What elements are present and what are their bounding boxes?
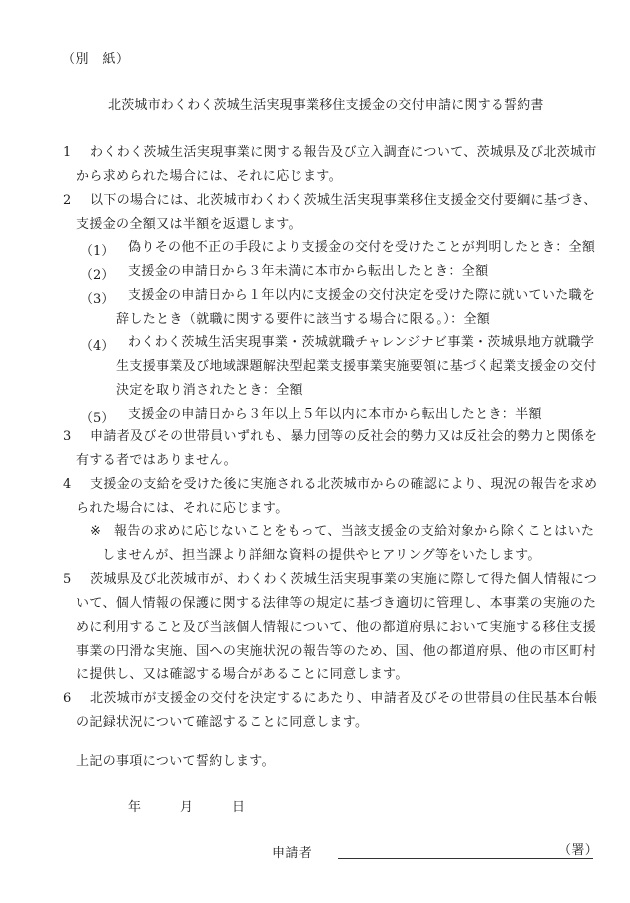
item-number: 1	[63, 145, 71, 160]
subitem-text-line: 辞したとき（就職に関する要件に該当する場合に限る。）：全額	[116, 312, 490, 328]
subitem-number: （1）	[80, 240, 114, 259]
item-text-line: られた場合には、それに応じます。	[76, 501, 289, 517]
subitem-text-line: 偽りその他不正の手段により支援金の交付を受けたことが判明したとき：全額	[128, 240, 595, 256]
day-label: 日	[232, 800, 245, 816]
applicant-label: 申請者	[272, 846, 312, 862]
subitem-number: （2）	[80, 264, 114, 283]
item-number: 5	[63, 572, 71, 587]
subitem-text-line: 生支援事業及び地域課題解決型起業支援事業実施要領に基づく起業支援金の交付	[116, 359, 597, 375]
subitem-text-line: 支援金の申請日から３年以上５年以内に本市から転出したとき：半額	[128, 407, 542, 423]
item-text-line: から求められた場合には、それに応じます。	[76, 169, 342, 185]
item-text-line: いて、個人情報の保護に関する法律等の規定に基づき適切に管理し、本事業の実施のた	[76, 596, 596, 612]
item-text-line: の記録状況について確認することに同意します。	[76, 715, 368, 731]
item-text-line: 以下の場合には、北茨城市わくわく茨城生活実現事業移住支援金交付要綱に基づき、	[90, 193, 597, 209]
item-text-line: に提供し、又は確認する場合があることに同意します。	[76, 667, 409, 683]
subitem-number: （4）	[80, 335, 114, 354]
subitem-text-line: わくわく茨城生活実現事業・茨城就職チャレンジナビ事業・茨城県地方就職学	[128, 335, 594, 351]
item-number: 3	[63, 429, 71, 444]
subitem-number: （3）	[80, 288, 114, 307]
closing-statement: 上記の事項について誓約します。	[76, 754, 275, 770]
note-text-line: 報告の求めに応じないことをもって、当該支援金の支給対象から除くことはいた	[114, 524, 594, 540]
item-text-line: めに利用すること及び当該個人情報について、他の都道府県において実施する移住支援	[76, 620, 596, 636]
annex-label: （別 紙）	[62, 52, 130, 68]
item-text-line: 事業の円滑な実施、国への実施状況の報告等のため、国、他の都道府県、他の市区町村	[76, 644, 596, 660]
document-title: 北茨城市わくわく茨城生活実現事業移住支援金の交付申請に関する誓約書	[108, 98, 544, 114]
subitem-text-line: 支援金の申請日から３年未満に本市から転出したとき：全額	[128, 264, 488, 280]
item-text-line: 茨城県及び北茨城市が、わくわく茨城生活実現事業の実施に際して得た個人情報につ	[90, 572, 597, 588]
note-mark: ※	[90, 524, 101, 539]
item-number: 2	[63, 193, 71, 208]
item-text-line: 北茨城市が支援金の交付を決定するにあたり、申請者及びその世帯員の住民基本台帳	[90, 691, 597, 707]
month-label: 月	[180, 800, 193, 816]
item-text-line: わくわく茨城生活実現事業に関する報告及び立入調査について、茨城県及び北茨城市	[90, 145, 597, 161]
item-number: 4	[63, 477, 71, 492]
subitem-text-line: 決定を取り消されたとき：全額	[116, 383, 303, 399]
subitem-number: （5）	[80, 407, 114, 426]
item-text-line: 支援金の支給を受けた後に実施される北茨城市からの確認により、現況の報告を求め	[90, 477, 597, 493]
year-label: 年	[128, 800, 141, 816]
item-text-line: 申請者及びその世帯員いずれも、暴力団等の反社会的勢力又は反社会的勢力と関係を	[90, 429, 597, 445]
item-text-line: 有する者ではありません。	[76, 453, 237, 469]
item-number: 6	[63, 691, 71, 706]
note-text-line: しませんが、担当課より詳細な資料の提供やヒアリング等をいたします。	[102, 548, 541, 564]
signature-line	[338, 858, 593, 859]
subitem-text-line: 支援金の申請日から１年以内に支援金の交付決定を受けた際に就いていた職を	[128, 288, 595, 304]
item-text-line: 支援金の全額又は半額を返還します。	[76, 217, 302, 233]
pledge-document: （別 紙） 北茨城市わくわく茨城生活実現事業移住支援金の交付申請に関する誓約書 …	[0, 0, 630, 903]
seal-label: （署）	[558, 843, 598, 859]
